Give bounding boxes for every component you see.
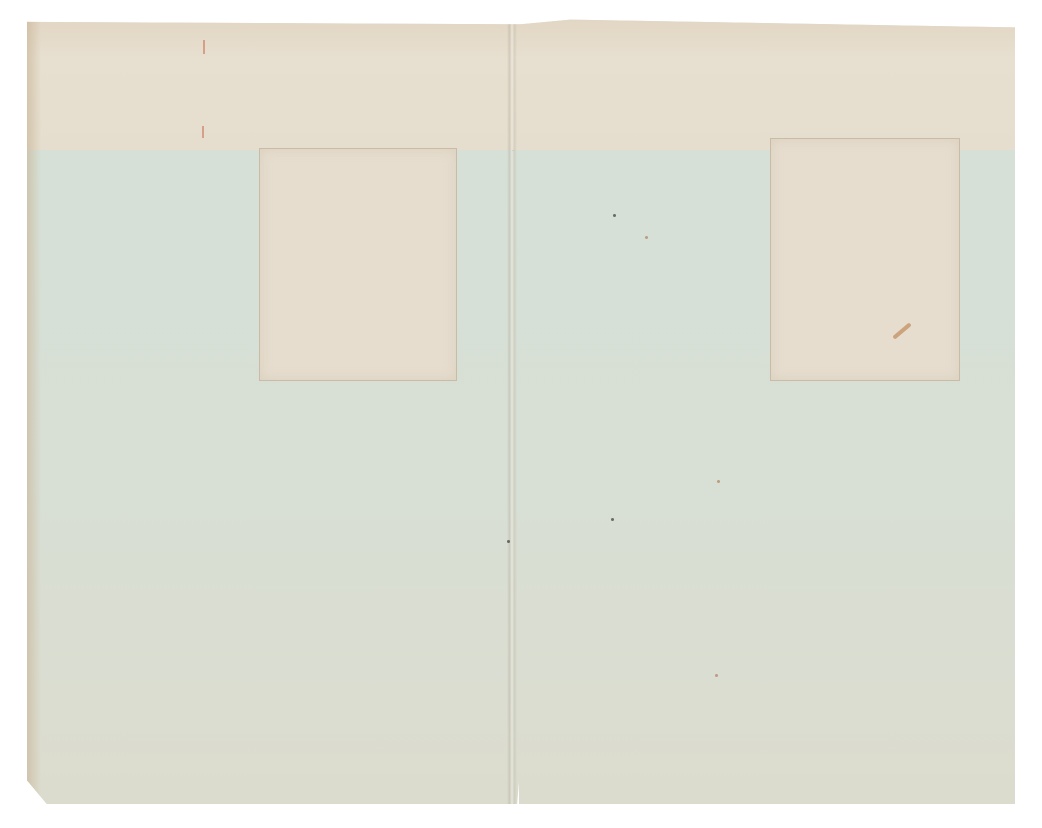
spot (717, 480, 720, 483)
pasted-paper-right (770, 138, 960, 381)
red-pencil-mark (202, 126, 204, 138)
spot (613, 214, 616, 217)
worn-edge (27, 18, 41, 804)
top-paper-strip (27, 18, 1015, 151)
center-fold-crease (507, 18, 517, 804)
paper-sheet (27, 18, 1015, 804)
stain (892, 322, 911, 339)
pasted-paper-left (259, 148, 457, 381)
red-pencil-mark (203, 40, 205, 54)
spot (611, 518, 614, 521)
spot (715, 674, 718, 677)
spot (507, 540, 510, 543)
spot (645, 236, 648, 239)
